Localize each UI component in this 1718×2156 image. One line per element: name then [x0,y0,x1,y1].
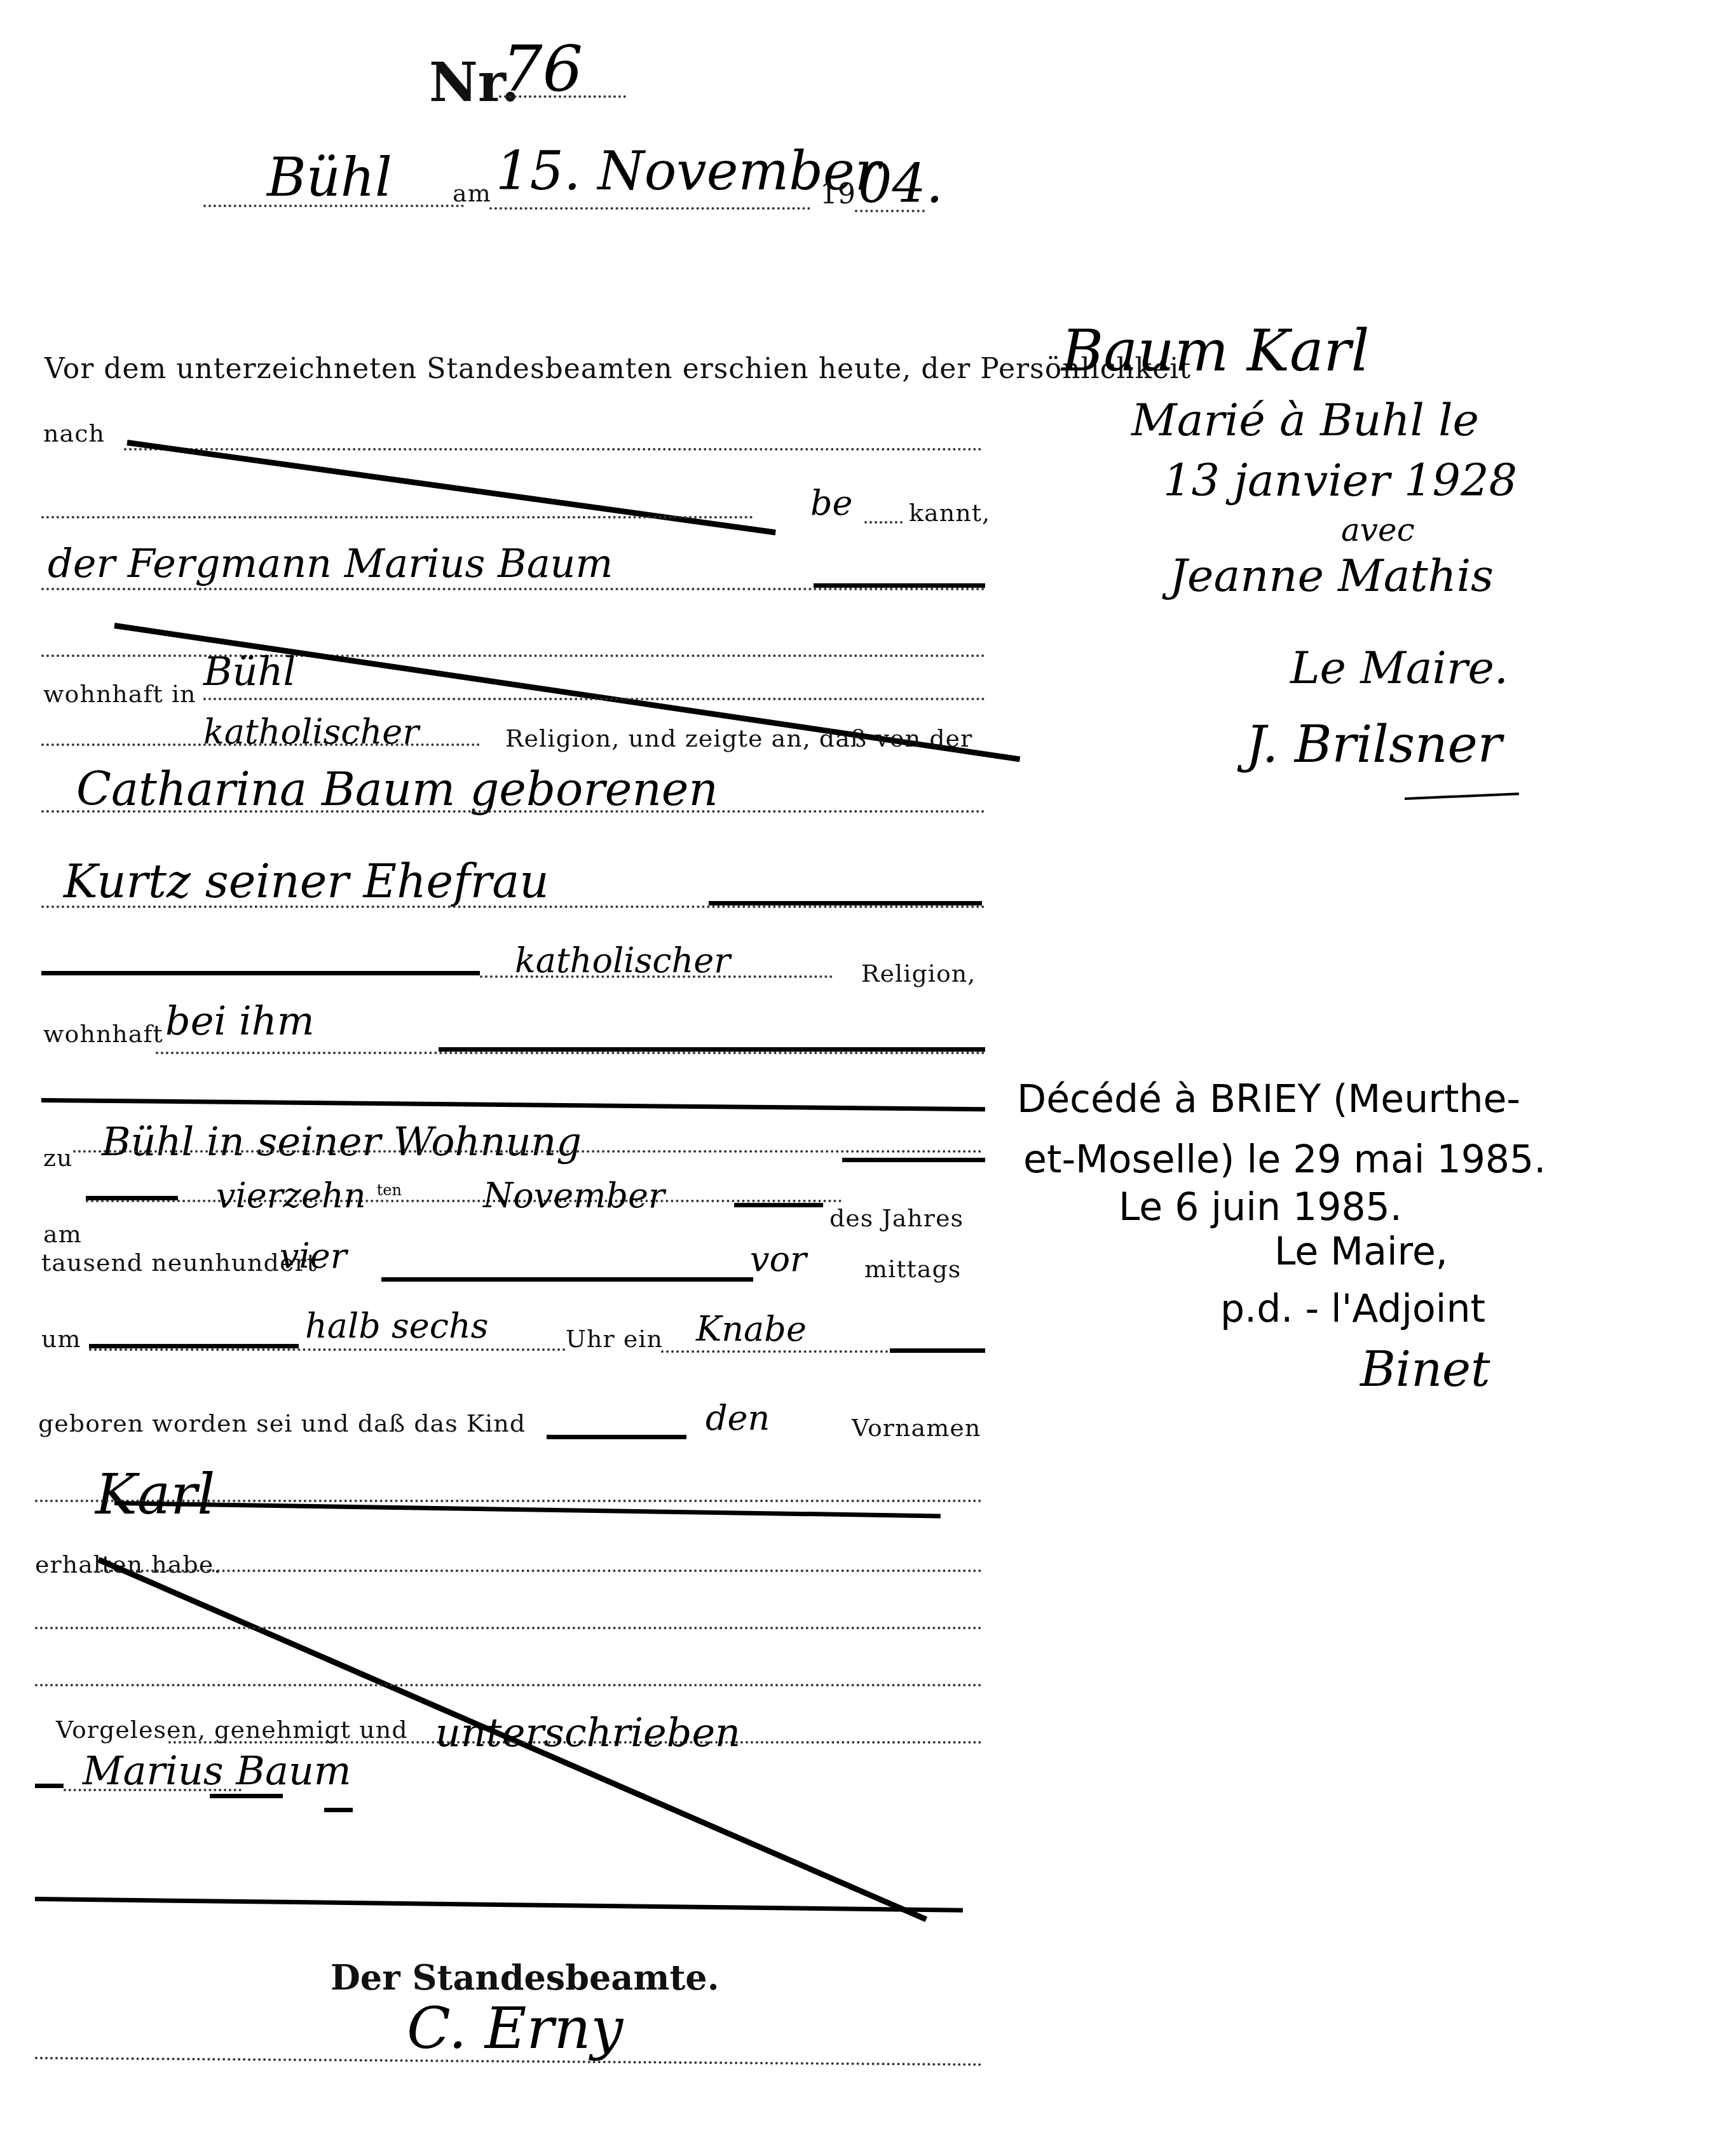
fill-line [41,1098,985,1111]
birth-register-page: Nr. 76 Bühl am 15. November 19 04. Vor d… [0,0,1718,2156]
margin-marriage-maire: Le Maire. [1290,642,1508,694]
birth-year-handwritten: vier [280,1236,347,1276]
fill-line [842,1158,985,1162]
uhr-ein-text: Uhr ein [566,1325,663,1353]
intro-text: Vor dem unterzeichneten Standesbeamten e… [44,353,1191,385]
fill-line [439,1047,985,1052]
bekannt-text: kannt, [909,499,990,527]
am-label: am [43,1220,82,1248]
margin-death-line4: Le Maire, [1274,1230,1448,1274]
fill-line [89,1344,299,1348]
form-line [41,810,985,813]
wohnhaft-in-label: wohnhaft in [43,680,196,708]
wohnhaft-label: wohnhaft [43,1020,163,1048]
ordinal-suffix: ten [377,1181,402,1199]
form-line [73,1150,982,1153]
um-label: um [41,1325,81,1353]
vorgelesen-text: Vorgelesen, genehmigt und [56,1716,407,1744]
margin-death-line3: Le 6 juin 1985. [1119,1185,1402,1230]
informant-signature: Marius Baum [83,1747,351,1794]
form-line [41,588,985,590]
birth-time-handwritten: halb sechs [305,1306,488,1346]
religion-announcement-text: Religion, und zeigte an, daß von der [505,724,972,752]
birth-place-handwritten: Bühl in seiner Wohnung [102,1118,582,1165]
religion-text: Religion, [861,959,976,987]
birth-day-handwritten: vierzehn ten [216,1176,402,1216]
date-am-label: am [453,179,491,207]
date-line [489,207,810,210]
fill-line [35,1784,64,1788]
form-line [41,654,985,657]
mother-religion-handwritten: katholischer [515,940,730,980]
registrar-signature: C. Erny [407,1995,623,2062]
form-line [35,1627,982,1629]
form-line [41,516,753,519]
form-line [203,698,985,700]
form-line [89,1348,566,1351]
fill-line [890,1348,985,1353]
form-line [41,905,985,908]
vor-nach-handwritten: vor [750,1239,807,1279]
form-line [35,1684,982,1686]
mother-name-handwritten: Catharina Baum geborenen [76,763,718,816]
child-gender-handwritten: Knabe [696,1309,807,1349]
mother-residence-handwritten: bei ihm [165,998,314,1044]
fill-line [35,1897,963,1913]
geboren-text: geboren worden sei und daß das Kind [38,1409,526,1437]
fill-line [381,1277,753,1282]
vornamen-text: Vornamen [852,1414,981,1442]
margin-marriage-avec: avec [1341,512,1415,548]
fill-line [734,1203,823,1207]
father-religion-handwritten: katholischer [203,712,419,752]
registrar-title: Der Standesbeamte. [331,1957,719,1998]
fill-line [114,1501,941,1518]
fill-line [41,971,480,975]
child-name-handwritten: Karl [95,1461,215,1527]
record-number-line [499,95,626,98]
father-residence-handwritten: Bühl [203,648,296,695]
fill-line [709,901,982,905]
fill-line [324,1808,353,1812]
fill-line [210,1794,283,1798]
form-line [156,1052,985,1054]
margin-death-line1: Décédé à BRIEY (Meurthe- [1017,1077,1520,1122]
form-line [864,521,903,524]
nach-label: nach [43,419,105,447]
unterschrieben-handwritten: unterschrieben [435,1709,740,1756]
form-line [86,1200,842,1202]
year-suffix-handwritten: 04. [858,153,943,215]
den-handwritten: den [706,1398,770,1438]
mother-maiden-handwritten: Kurtz seiner Ehefrau [64,855,549,908]
form-line [124,448,982,451]
margin-marriage-spouse: Jeanne Mathis [1169,550,1494,602]
fill-line [814,583,985,588]
margin-death-signature: Binet [1360,1341,1490,1397]
tausend-neunhundert-text: tausend neunhundert [41,1249,317,1277]
margin-death-line2: et-Moselle) le 29 mai 1985. [1023,1137,1546,1182]
signature-underline [1405,792,1519,800]
zu-label: zu [43,1144,73,1172]
informant-handwritten: der Fergmann Marius Baum [48,540,613,586]
place-handwritten: Bühl [267,146,392,208]
margin-marriage-line1: Marié à Buhl le [1131,394,1479,446]
birth-month-handwritten: November [483,1176,665,1216]
margin-marriage-date: 13 janvier 1928 [1163,454,1517,506]
des-jahres-text: des Jahres [829,1204,964,1232]
margin-name: Baum Karl [1061,318,1369,384]
year-prefix: 19 [820,178,856,210]
fill-line [547,1435,686,1439]
mittags-text: mittags [864,1255,961,1283]
margin-death-line5: p.d. - l'Adjoint [1220,1287,1485,1331]
margin-marriage-signature: J. Brilsner [1246,715,1502,774]
bekannt-handwritten: be [810,483,853,523]
strike-through-line [126,440,775,535]
form-line [95,1570,982,1572]
birth-day-text: vierzehn [216,1176,366,1216]
